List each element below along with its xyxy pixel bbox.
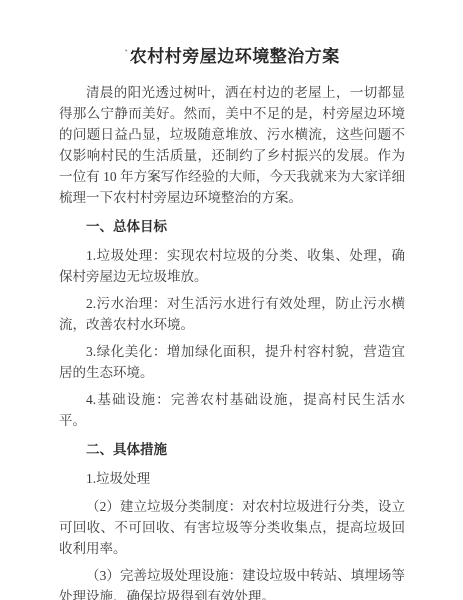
section-1-item-1: 1.垃圾处理：实现农村垃圾的分类、收集、处理，确保村旁屋边无垃圾堆放。	[59, 245, 405, 287]
section-1-heading: 一、总体目标	[59, 216, 405, 237]
document-title-text: 农村村旁屋边环境整治方案	[130, 47, 340, 66]
intro-paragraph: 清晨的阳光透过树叶，洒在村边的老屋上，一切都显得那么宁静而美好。然而，美中不足的…	[59, 82, 405, 208]
section-2-item-2: （2）建立垃圾分类制度：对农村垃圾进行分类，设立可回收、不可回收、有害垃圾等分类…	[59, 496, 405, 559]
section-1-item-3: 3.绿化美化：增加绿化面积，提升村容村貌，营造宜居的生态环境。	[59, 341, 405, 383]
section-2-subheading: 1.垃圾处理	[59, 468, 405, 489]
section-1-item-2: 2.污水治理：对生活污水进行有效处理，防止污水横流，改善农村水环境。	[59, 293, 405, 335]
document-page: `农村村旁屋边环境整治方案 清晨的阳光透过树叶，洒在村边的老屋上，一切都显得那么…	[0, 0, 463, 600]
section-2-item-3: （3）完善垃圾处理设施：建设垃圾中转站、填埋场等处理设施，确保垃圾得到有效处理。	[59, 565, 405, 600]
document-title: `农村村旁屋边环境整治方案	[59, 42, 405, 69]
title-stray-mark: `	[124, 47, 129, 61]
section-2-heading: 二、具体措施	[59, 439, 405, 460]
section-1-item-4: 4.基础设施：完善农村基础设施，提高村民生活水平。	[59, 389, 405, 431]
